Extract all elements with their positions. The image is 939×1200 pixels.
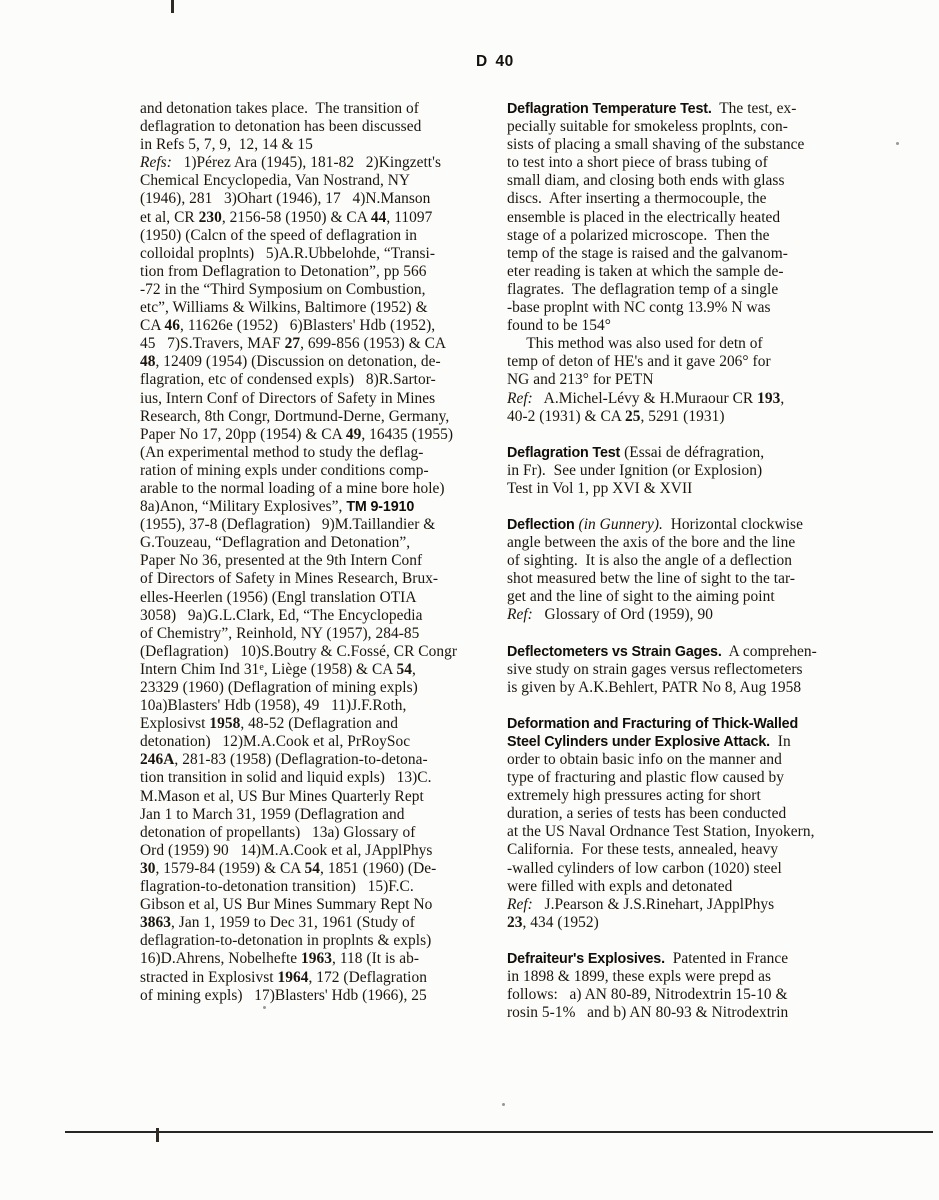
text-line: Explosivst 1958, 48-52 (Deflagration and [140,715,525,733]
text-line: flagrates. The deflagration temp of a si… [507,281,892,299]
text-line: rosin 5-1% and b) AN 80-93 & Nitrodextri… [507,1004,892,1022]
text-line: to test into a short piece of brass tubi… [507,154,892,172]
text-line: colloidal proplnts) 5)A.R.Ubbelohde, “Tr… [140,245,525,263]
text-line: discs. After inserting a thermocouple, t… [507,190,892,208]
text-line: sists of placing a small shaving of the … [507,136,892,154]
text-line: found to be 154° [507,317,892,335]
text-line: temp of deton of HE's and it gave 206° f… [507,353,892,371]
text-line: et al, CR 230, 2156-58 (1950) & CA 44, 1… [140,209,525,227]
text-line: Deflection (in Gunnery). Horizontal cloc… [507,516,892,534]
text-line: Research, 8th Congr, Dortmund-Derne, Ger… [140,408,525,426]
text-line: (An experimental method to study the def… [140,444,525,462]
text-line: pecially suitable for smokeless proplnts… [507,118,892,136]
top-tick-mark [171,0,174,13]
text-line: eter reading is taken at which the sampl… [507,263,892,281]
scan-speck [502,1103,505,1106]
encyclopedia-entry: Deflection (in Gunnery). Horizontal cloc… [507,516,892,625]
text-line: extremely high pressures acting for shor… [507,787,892,805]
text-line: Ref: J.Pearson & J.S.Rinehart, JApplPhys [507,896,892,914]
text-line: detonation) 12)M.A.Cook et al, PrRoySoc [140,733,525,751]
bottom-rule [65,1131,933,1133]
text-line: This method was also used for detn of [507,335,892,353]
text-line: of Directors of Safety in Mines Research… [140,570,525,588]
text-line: -72 in the “Third Symposium on Combustio… [140,281,525,299]
right-column: Deflagration Temperature Test. The test,… [507,100,892,1022]
text-line: stage of a polarized microscope. Then th… [507,227,892,245]
scan-speck [263,1006,266,1009]
text-line: 30, 1579-84 (1959) & CA 54, 1851 (1960) … [140,860,525,878]
text-line: in 1898 & 1899, these expls were prepd a… [507,968,892,986]
text-line: detonation of propellants) 13a) Glossary… [140,824,525,842]
text-line: Steel Cylinders under Explosive Attack. … [507,733,892,751]
text-line: in Refs 5, 7, 9, 12, 14 & 15 [140,136,525,154]
text-line: etc”, Williams & Wilkins, Baltimore (195… [140,299,525,317]
text-line: small diam, and closing both ends with g… [507,172,892,190]
text-line: Gibson et al, US Bur Mines Summary Rept … [140,896,525,914]
text-line: 16)D.Ahrens, Nobelhefte 1963, 118 (It is… [140,950,525,968]
text-line: of mining expls) 17)Blasters' Hdb (1966)… [140,987,525,1005]
encyclopedia-entry: Deflectometers vs Strain Gages. A compre… [507,643,892,697]
text-line: Ord (1959) 90 14)M.A.Cook et al, JApplPh… [140,842,525,860]
text-line: (1946), 281 3)Ohart (1946), 17 4)N.Manso… [140,190,525,208]
text-line: Deflectometers vs Strain Gages. A compre… [507,643,892,661]
text-line: Intern Chim Ind 31e, Liège (1958) & CA 5… [140,661,525,679]
text-line: Refs: 1)Pérez Ara (1945), 181-82 2)Kingz… [140,154,525,172]
text-line: 8a)Anon, “Military Explosives”, TM 9-191… [140,498,525,516]
text-line: deflagration to detonation has been disc… [140,118,525,136]
text-line: Test in Vol 1, pp XVI & XVII [507,480,892,498]
text-line: duration, a series of tests has been con… [507,805,892,823]
text-line: follows: a) AN 80-89, Nitrodextrin 15-10… [507,986,892,1004]
text-line: Deformation and Fracturing of Thick-Wall… [507,715,892,733]
text-line: ensemble is placed in the electrically h… [507,209,892,227]
text-line: 23329 (1960) (Deflagration of mining exp… [140,679,525,697]
text-line: (Deflagration) 10)S.Boutry & C.Fossé, CR… [140,643,525,661]
text-line: flagration-to-detonation transition) 15)… [140,878,525,896]
encyclopedia-entry: Deformation and Fracturing of Thick-Wall… [507,715,892,932]
text-line: deflagration-to-detonation in proplnts &… [140,932,525,950]
text-line: arable to the normal loading of a mine b… [140,480,525,498]
text-line: Deflagration Temperature Test. The test,… [507,100,892,118]
text-line: in Fr). See under Ignition (or Explosion… [507,462,892,480]
text-line: get and the line of sight to the aiming … [507,588,892,606]
text-line: stracted in Explosivst 1964, 172 (Deflag… [140,969,525,987]
encyclopedia-entry: Defraiteur's Explosives. Patented in Fra… [507,950,892,1022]
bottom-tick-mark [156,1128,159,1142]
text-line: Defraiteur's Explosives. Patented in Fra… [507,950,892,968]
text-line: Deflagration Test (Essai de défragration… [507,444,892,462]
text-line: angle between the axis of the bore and t… [507,534,892,552]
text-line: of sighting. It is also the angle of a d… [507,552,892,570]
scanned-document-page: D 40 and detonation takes place. The tra… [0,0,939,1200]
text-line: M.Mason et al, US Bur Mines Quarterly Re… [140,788,525,806]
text-line: were filled with expls and detonated [507,878,892,896]
text-line: -walled cylinders of low carbon (1020) s… [507,860,892,878]
text-line: of Chemistry”, Reinhold, NY (1957), 284-… [140,625,525,643]
text-line: ration of mining expls under conditions … [140,462,525,480]
text-line: is given by A.K.Behlert, PATR No 8, Aug … [507,679,892,697]
encyclopedia-entry: Deflagration Test (Essai de défragration… [507,444,892,498]
text-line: tion transition in solid and liquid expl… [140,769,525,787]
text-line: NG and 213° for PETN [507,371,892,389]
text-line: 45 7)S.Travers, MAF 27, 699-856 (1953) &… [140,335,525,353]
text-line: elles-Heerlen (1956) (Engl translation O… [140,589,525,607]
text-line: 23, 434 (1952) [507,914,892,932]
text-line: (1955), 37-8 (Deflagration) 9)M.Tailland… [140,516,525,534]
text-line: 246A, 281-83 (1958) (Deflagration-to-det… [140,751,525,769]
encyclopedia-entry: Deflagration Temperature Test. The test,… [507,100,892,426]
text-line: tion from Deflagration to Detonation”, p… [140,263,525,281]
text-line: flagration, etc of condensed expls) 8)R.… [140,371,525,389]
page-number: D 40 [476,53,514,71]
text-line: -base proplnt with NC contg 13.9% N was [507,299,892,317]
text-line: 40-2 (1931) & CA 25, 5291 (1931) [507,408,892,426]
text-line: shot measured betw the line of sight to … [507,570,892,588]
text-line: Ref: Glossary of Ord (1959), 90 [507,606,892,624]
text-line: at the US Naval Ordnance Test Station, I… [507,823,892,841]
text-line: 3863, Jan 1, 1959 to Dec 31, 1961 (Study… [140,914,525,932]
text-line: 10a)Blasters' Hdb (1958), 49 11)J.F.Roth… [140,697,525,715]
text-line: order to obtain basic info on the manner… [507,751,892,769]
text-line: Chemical Encyclopedia, Van Nostrand, NY [140,172,525,190]
text-line: 3058) 9a)G.L.Clark, Ed, “The Encyclopedi… [140,607,525,625]
text-line: temp of the stage is raised and the galv… [507,245,892,263]
text-line: and detonation takes place. The transiti… [140,100,525,118]
left-column: and detonation takes place. The transiti… [140,100,525,1005]
text-line: sive study on strain gages versus reflec… [507,661,892,679]
text-line: California. For these tests, annealed, h… [507,841,892,859]
text-line: type of fracturing and plastic flow caus… [507,769,892,787]
text-line: G.Touzeau, “Deflagration and Detonation”… [140,534,525,552]
scan-speck [896,142,899,145]
text-line: Paper No 36, presented at the 9th Intern… [140,552,525,570]
text-line: 48, 12409 (1954) (Discussion on detonati… [140,353,525,371]
text-line: Jan 1 to March 31, 1959 (Deflagration an… [140,806,525,824]
text-line: ius, Intern Conf of Directors of Safety … [140,390,525,408]
text-line: Paper No 17, 20pp (1954) & CA 49, 16435 … [140,426,525,444]
text-line: (1950) (Calcn of the speed of deflagrati… [140,227,525,245]
text-line: Ref: A.Michel-Lévy & H.Muraour CR 193, [507,390,892,408]
text-line: CA 46, 11626e (1952) 6)Blasters' Hdb (19… [140,317,525,335]
